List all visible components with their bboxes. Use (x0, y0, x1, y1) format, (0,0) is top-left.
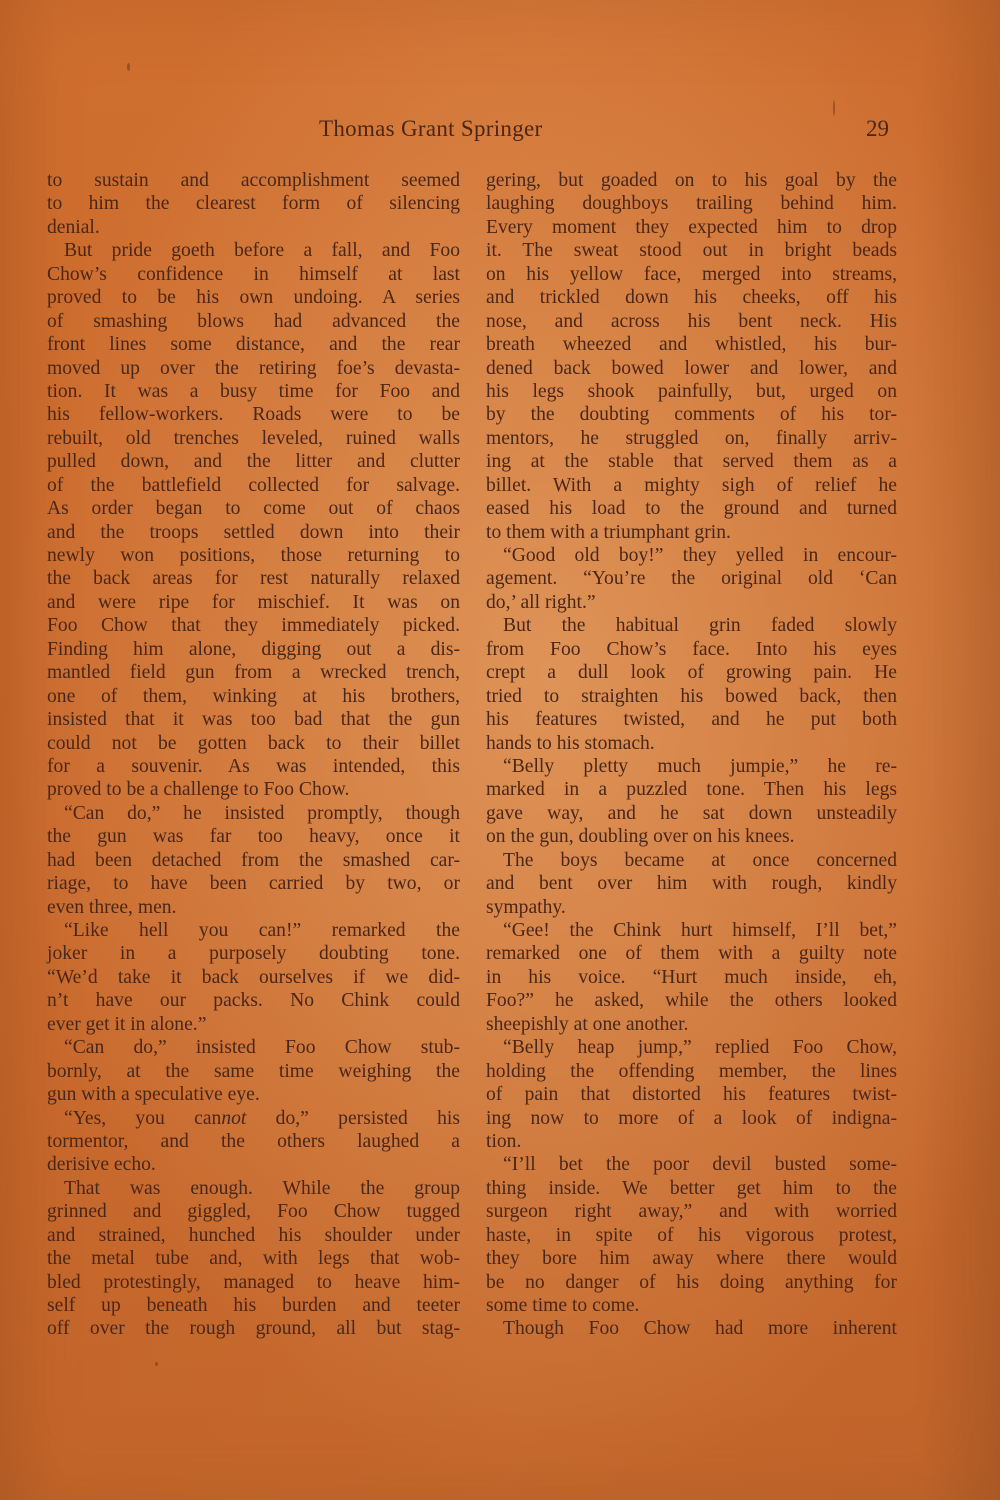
text-line: The boys became at once concerned (486, 849, 897, 872)
page-number: 29 (866, 116, 889, 142)
running-header: Thomas Grant Springer 29 (0, 114, 1000, 146)
text-line: bled protestingly, managed to heave him- (47, 1271, 460, 1294)
text-line: and were ripe for mischief. It was on (47, 591, 460, 614)
text-line: by the doubting comments of his tor- (486, 403, 897, 426)
text-line: crept a dull look of growing pain. He (486, 661, 897, 684)
text-line: gering, but goaded on to his goal by the (486, 169, 897, 192)
text-line: Though Foo Chow had more inherent (486, 1317, 897, 1340)
text-line: one of them, winking at his brothers, (47, 685, 460, 708)
text-line: derisive echo. (47, 1153, 460, 1176)
text-line: do,’ all right.” (486, 591, 897, 614)
text-line: be no danger of his doing anything for (486, 1271, 897, 1294)
text-line: to them with a triumphant grin. (486, 521, 897, 544)
text-line: gave way, and he sat down unsteadily (486, 802, 897, 825)
text-line: sheepishly at one another. (486, 1013, 897, 1036)
text-line: Foo?” he asked, while the others looked (486, 989, 897, 1012)
text-line: As order began to come out of chaos (47, 497, 460, 520)
text-line: “Can do,” he insisted promptly, though (47, 802, 460, 825)
text-line: Foo Chow that they immediately picked. (47, 614, 460, 637)
text-line: nose, and across his bent neck. His (486, 310, 897, 333)
paper-speck (127, 63, 130, 71)
text-line: they bore him away where there would (486, 1247, 897, 1270)
text-column-left: to sustain and accomplishment seemedto h… (47, 169, 460, 1341)
text-line: thing inside. We better get him to the (486, 1177, 897, 1200)
text-line: from Foo Chow’s face. Into his eyes (486, 638, 897, 661)
text-line: for a souvenir. As was intended, this (47, 755, 460, 778)
text-line: “Yes, you cannot do,” persisted his (47, 1107, 460, 1130)
text-line: of smashing blows had advanced the (47, 310, 460, 333)
text-line: tion. It was a busy time for Foo and (47, 380, 460, 403)
text-line: But pride goeth before a fall, and Foo (47, 239, 460, 262)
text-line: agement. “You’re the original old ‘Can (486, 567, 897, 590)
text-line: moved up over the retiring foe’s devasta… (47, 357, 460, 380)
text-line: of pain that distorted his features twis… (486, 1083, 897, 1106)
text-line: his features twisted, and he put both (486, 708, 897, 731)
text-line: joker in a purposely doubting tone. (47, 942, 460, 965)
text-line: Every moment they expected him to drop (486, 216, 897, 239)
text-line: “Belly heap jump,” replied Foo Chow, (486, 1036, 897, 1059)
text-line: hands to his stomach. (486, 732, 897, 755)
text-line: on the gun, doubling over on his knees. (486, 825, 897, 848)
text-column-right: gering, but goaded on to his goal by the… (486, 169, 897, 1341)
text-line: mentors, he struggled on, finally arriv- (486, 427, 897, 450)
running-title: Thomas Grant Springer (319, 116, 542, 142)
text-line: ing at the stable that served them as a (486, 450, 897, 473)
text-line: some time to come. (486, 1294, 897, 1317)
text-line: and the troops settled down into their (47, 521, 460, 544)
text-line: dened back bowed lower and lower, and (486, 357, 897, 380)
text-line: n’t have our packs. No Chink could (47, 989, 460, 1012)
text-line: off over the rough ground, all but stag- (47, 1317, 460, 1340)
text-line: pulled down, and the litter and clutter (47, 450, 460, 473)
text-line: surgeon right away,” and with worried (486, 1200, 897, 1223)
text-line: and bent over him with rough, kindly (486, 872, 897, 895)
text-line: and trickled down his cheeks, off his (486, 286, 897, 309)
text-line: ever get it in alone.” (47, 1013, 460, 1036)
text-line: remarked one of them with a guilty note (486, 942, 897, 965)
text-line: denial. (47, 216, 460, 239)
text-line: had been detached from the smashed car- (47, 849, 460, 872)
text-line: the metal tube and, with legs that wob- (47, 1247, 460, 1270)
text-line: riage, to have been carried by two, or (47, 872, 460, 895)
text-line: even three, men. (47, 896, 460, 919)
text-line: newly won positions, those returning to (47, 544, 460, 567)
text-line: tormentor, and the others laughed a (47, 1130, 460, 1153)
text-line: tried to straighten his bowed back, then (486, 685, 897, 708)
text-line: holding the offending member, the lines (486, 1060, 897, 1083)
text-line: proved to be his own undoing. A series (47, 286, 460, 309)
text-line: of the battlefield collected for salvage… (47, 474, 460, 497)
text-line: in his voice. “Hurt much inside, eh, (486, 966, 897, 989)
text-line: That was enough. While the group (47, 1177, 460, 1200)
text-line: the back areas for rest naturally relaxe… (47, 567, 460, 590)
text-line: grinned and giggled, Foo Chow tugged (47, 1200, 460, 1223)
text-line: ing now to more of a look of indigna- (486, 1107, 897, 1130)
paper-speck (155, 1362, 158, 1366)
text-line: the gun was far too heavy, once it (47, 825, 460, 848)
text-line: could not be gotten back to their billet (47, 732, 460, 755)
text-line: front lines some distance, and the rear (47, 333, 460, 356)
text-line: tion. (486, 1130, 897, 1153)
text-line: eased his load to the ground and turned (486, 497, 897, 520)
text-line: “I’ll bet the poor devil busted some- (486, 1153, 897, 1176)
text-line: “Can do,” insisted Foo Chow stub- (47, 1036, 460, 1059)
text-line: rebuilt, old trenches leveled, ruined wa… (47, 427, 460, 450)
text-line: “Good old boy!” they yelled in encour- (486, 544, 897, 567)
text-line: laughing doughboys trailing behind him. (486, 192, 897, 215)
text-line: “We’d take it back ourselves if we did- (47, 966, 460, 989)
text-line: it. The sweat stood out in bright beads (486, 239, 897, 262)
text-line: But the habitual grin faded slowly (486, 614, 897, 637)
text-line: to sustain and accomplishment seemed (47, 169, 460, 192)
text-line: bornly, at the same time weighing the (47, 1060, 460, 1083)
text-line: sympathy. (486, 896, 897, 919)
text-line: “Like hell you can!” remarked the (47, 919, 460, 942)
text-line: breath wheezed and whistled, his bur- (486, 333, 897, 356)
text-line: billet. With a mighty sigh of relief he (486, 474, 897, 497)
text-line: insisted that it was too bad that the gu… (47, 708, 460, 731)
text-line: Chow’s confidence in himself at last (47, 263, 460, 286)
text-line: marked in a puzzled tone. Then his legs (486, 778, 897, 801)
text-line: self up beneath his burden and teeter (47, 1294, 460, 1317)
text-line: his fellow-workers. Roads were to be (47, 403, 460, 426)
text-line: mantled field gun from a wrecked trench, (47, 661, 460, 684)
text-line: “Belly pletty much jumpie,” he re- (486, 755, 897, 778)
paper-speck (833, 100, 835, 116)
text-line: and strained, hunched his shoulder under (47, 1224, 460, 1247)
text-line: proved to be a challenge to Foo Chow. (47, 778, 460, 801)
text-line: “Gee! the Chink hurt himself, I’ll bet,” (486, 919, 897, 942)
text-line: his legs shook painfully, but, urged on (486, 380, 897, 403)
text-line: Finding him alone, digging out a dis- (47, 638, 460, 661)
text-line: to him the clearest form of silencing (47, 192, 460, 215)
text-line: gun with a speculative eye. (47, 1083, 460, 1106)
text-line: haste, in spite of his vigorous protest, (486, 1224, 897, 1247)
text-line: on his yellow face, merged into streams, (486, 263, 897, 286)
